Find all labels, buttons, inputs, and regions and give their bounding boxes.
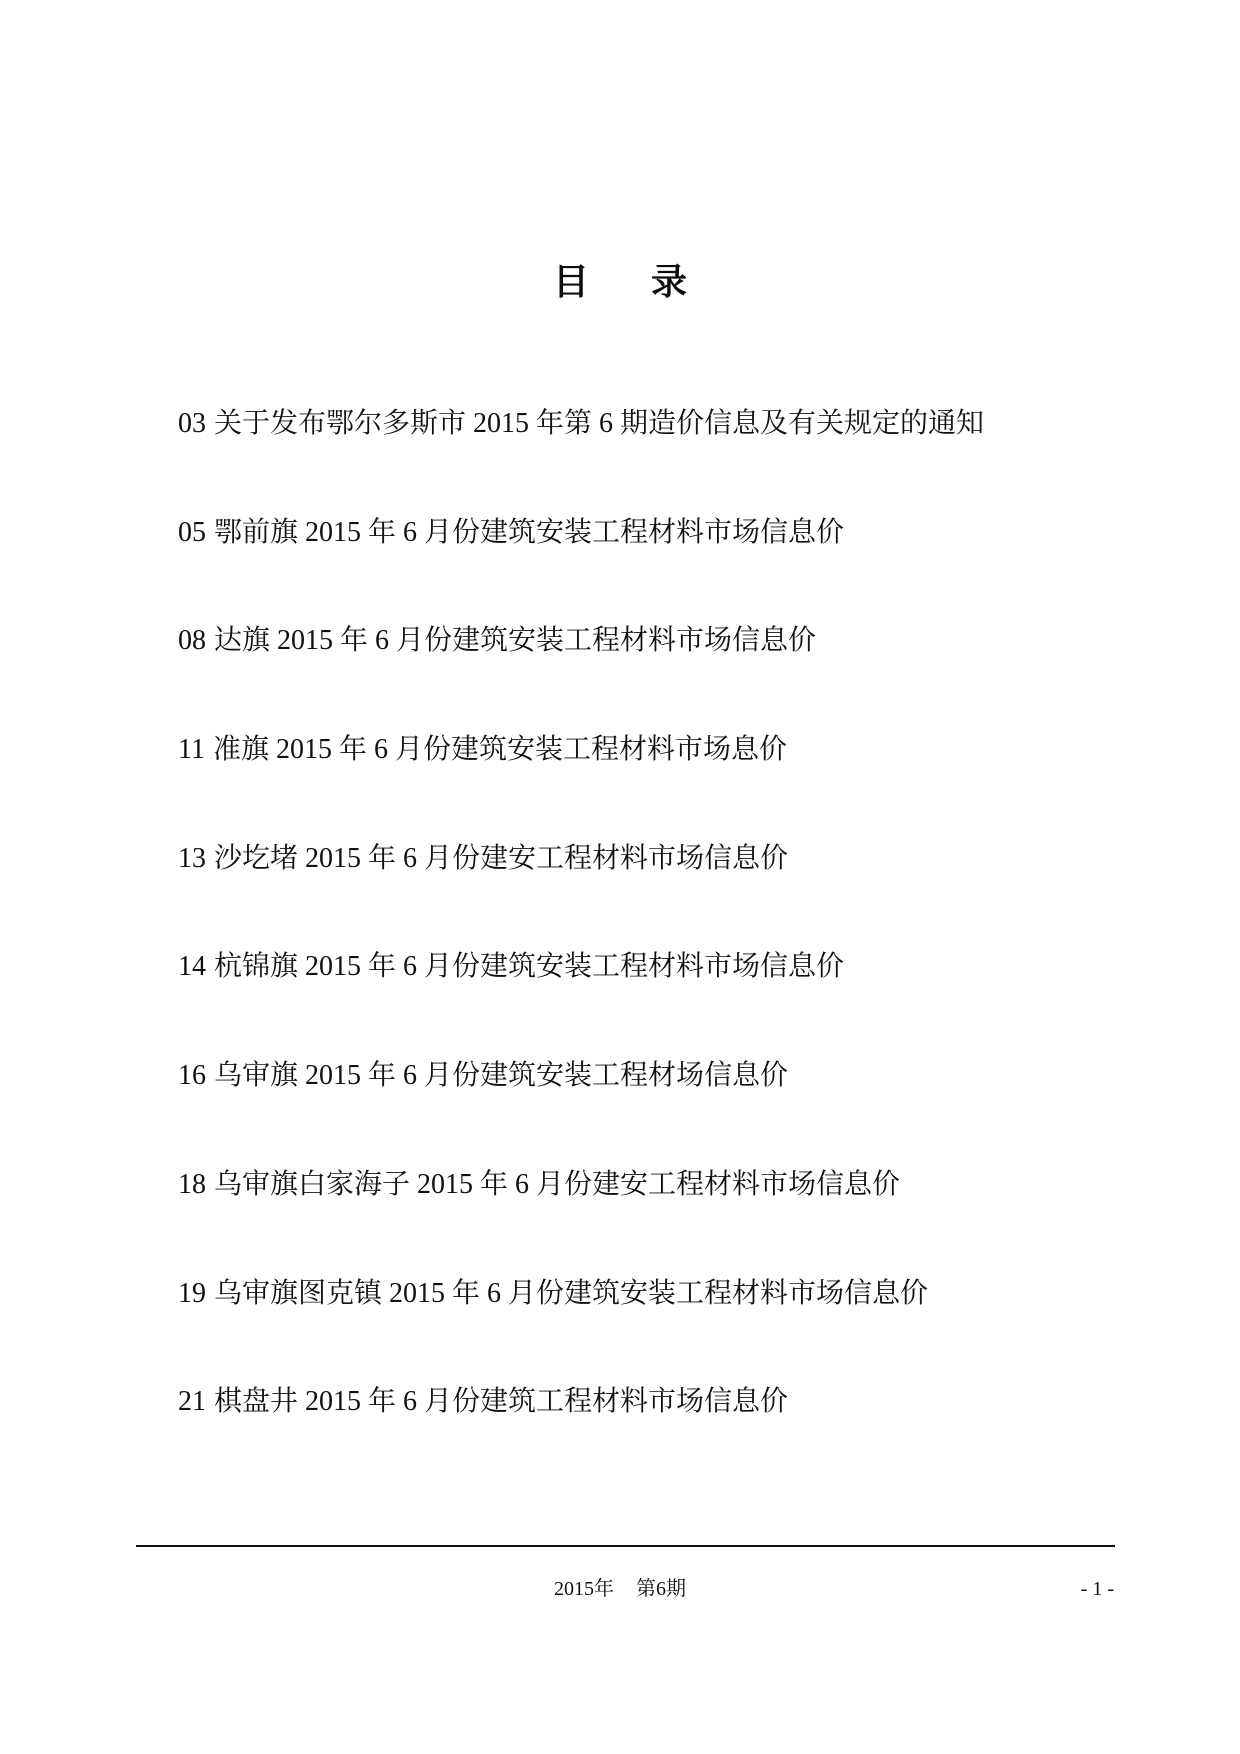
- toc-entry[interactable]: 21棋盘井 2015 年 6 月份建筑工程材料市场信息价: [178, 1382, 1138, 1491]
- toc-entry[interactable]: 11准旗 2015 年 6 月份建筑安装工程材料市场息价: [178, 730, 1138, 839]
- toc-page-number: 18: [178, 1165, 206, 1205]
- footer-divider: [136, 1545, 1115, 1547]
- toc-entry[interactable]: 19乌审旗图克镇 2015 年 6 月份建筑安装工程材料市场信息价: [178, 1274, 1138, 1383]
- toc-page-number: 05: [178, 513, 206, 553]
- toc-entry-title: 乌审旗白家海子 2015 年 6 月份建安工程材料市场信息价: [214, 1169, 900, 1200]
- toc-entry-title: 乌审旗 2015 年 6 月份建筑安装工程材场信息价: [214, 1060, 788, 1091]
- footer-page-number: - 1 -: [1081, 1574, 1114, 1604]
- toc-page-number: 08: [178, 621, 206, 661]
- toc-entry-title: 沙圪堵 2015 年 6 月份建安工程材料市场信息价: [214, 843, 788, 874]
- toc-entry[interactable]: 18乌审旗白家海子 2015 年 6 月份建安工程材料市场信息价: [178, 1165, 1138, 1274]
- toc-entry-title: 棋盘井 2015 年 6 月份建筑工程材料市场信息价: [214, 1386, 788, 1417]
- toc-page-number: 19: [178, 1274, 206, 1314]
- toc-entry-title: 鄂前旗 2015 年 6 月份建筑安装工程材料市场信息价: [214, 517, 844, 548]
- footer-issue-number: 第6期: [636, 1578, 686, 1600]
- toc-page-number: 13: [178, 839, 206, 879]
- document-page: 目录 03关于发布鄂尔多斯市 2015 年第 6 期造价信息及有关规定的通知 0…: [0, 0, 1240, 1754]
- page-title: 目录: [0, 258, 1240, 306]
- toc-page-number: 03: [178, 404, 206, 444]
- toc-entry-title: 达旗 2015 年 6 月份建筑安装工程材料市场信息价: [214, 625, 816, 656]
- table-of-contents: 03关于发布鄂尔多斯市 2015 年第 6 期造价信息及有关规定的通知 05鄂前…: [178, 404, 1138, 1491]
- toc-entry-title: 杭锦旗 2015 年 6 月份建筑安装工程材料市场信息价: [214, 951, 844, 982]
- title-char-1: 目: [553, 258, 589, 306]
- toc-entry[interactable]: 05鄂前旗 2015 年 6 月份建筑安装工程材料市场信息价: [178, 513, 1138, 622]
- toc-entry[interactable]: 16乌审旗 2015 年 6 月份建筑安装工程材场信息价: [178, 1056, 1138, 1165]
- toc-entry-title: 乌审旗图克镇 2015 年 6 月份建筑安装工程材料市场信息价: [214, 1278, 928, 1309]
- toc-page-number: 16: [178, 1056, 206, 1096]
- footer-issue-label: 2015年第6期: [0, 1574, 1240, 1604]
- toc-entry-title: 关于发布鄂尔多斯市 2015 年第 6 期造价信息及有关规定的通知: [214, 408, 984, 439]
- toc-page-number: 14: [178, 947, 206, 987]
- footer-year: 2015年: [554, 1578, 614, 1600]
- toc-entry[interactable]: 03关于发布鄂尔多斯市 2015 年第 6 期造价信息及有关规定的通知: [178, 404, 1138, 513]
- toc-entry[interactable]: 13沙圪堵 2015 年 6 月份建安工程材料市场信息价: [178, 839, 1138, 948]
- toc-entry-title: 准旗 2015 年 6 月份建筑安装工程材料市场息价: [213, 734, 787, 765]
- toc-page-number: 11: [178, 730, 205, 770]
- toc-entry[interactable]: 08达旗 2015 年 6 月份建筑安装工程材料市场信息价: [178, 621, 1138, 730]
- toc-entry[interactable]: 14杭锦旗 2015 年 6 月份建筑安装工程材料市场信息价: [178, 947, 1138, 1056]
- title-char-2: 录: [651, 258, 687, 306]
- toc-page-number: 21: [178, 1382, 206, 1422]
